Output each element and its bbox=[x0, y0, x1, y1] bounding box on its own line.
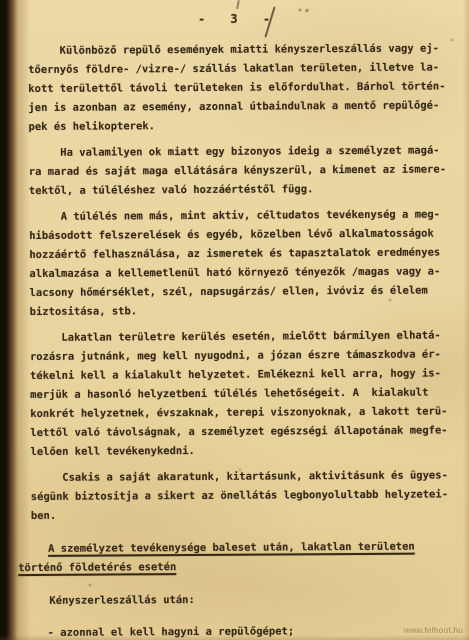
section-heading: A személyzet tevékenysége baleset után, … bbox=[31, 537, 456, 578]
document-body: Különböző repülő események miatti kénysz… bbox=[28, 39, 457, 640]
section-heading-line-1: A személyzet tevékenysége baleset után, … bbox=[48, 538, 415, 559]
paragraph-5: Csakis a saját akaratunk, kitartásunk, a… bbox=[31, 466, 456, 526]
scanned-page: - 3 - Különböző repülő események miatti … bbox=[0, 0, 469, 640]
subheading: Kényszerleszállás után: bbox=[49, 589, 456, 610]
watermark: www.felhout.hu bbox=[404, 626, 463, 635]
list-item-1: - azonnal el kell hagyni a repülőgépet; bbox=[48, 621, 457, 640]
scan-right-edge-shadow bbox=[463, 0, 469, 640]
paragraph-2: Ha valamilyen ok miatt egy bizonyos idei… bbox=[29, 141, 454, 201]
paragraph-1: Különböző repülő események miatti kénysz… bbox=[28, 39, 454, 137]
section-heading-line-2: történő földetérés esetén bbox=[18, 558, 176, 578]
paragraph-4: Lakatlan területre kerülés esetén, mielő… bbox=[30, 326, 456, 462]
pen-mark-tick bbox=[236, 0, 239, 9]
paragraph-3: A túlélés nem más, mint aktiv, céltudato… bbox=[29, 205, 455, 322]
scan-left-edge-shadow bbox=[0, 0, 30, 640]
page-number: - 3 - bbox=[4, 12, 469, 26]
